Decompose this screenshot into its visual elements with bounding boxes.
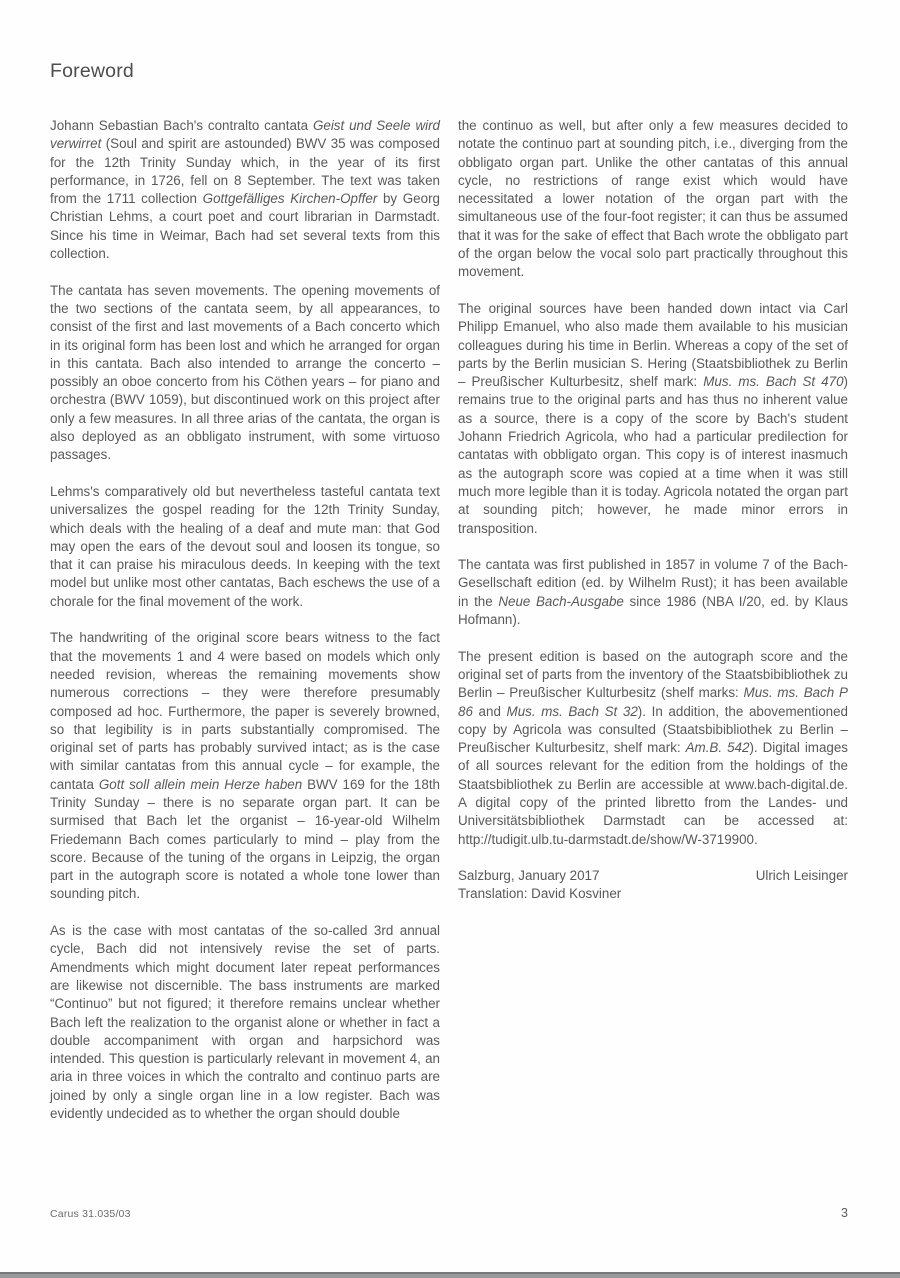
- text-run: The cantata has seven movements. The ope…: [50, 283, 440, 463]
- italic-text-run: Gottgefälliges Kirchen-Opffer: [203, 191, 378, 206]
- text-run: the continuo as well, but after only a f…: [458, 118, 848, 279]
- italic-text-run: Mus. ms. Bach St 470: [703, 374, 843, 389]
- paragraph: the continuo as well, but after only a f…: [458, 117, 848, 282]
- paragraph: Johann Sebastian Bach's contralto cantat…: [50, 117, 440, 263]
- paragraph: The present edition is based on the auto…: [458, 648, 848, 849]
- footer-catalog-number: Carus 31.035/03: [50, 1208, 131, 1220]
- signature-row: Salzburg, January 2017 Ulrich Leisinger: [458, 867, 848, 885]
- italic-text-run: Gott soll allein mein Herze haben: [99, 777, 302, 792]
- paragraph: The cantata was first published in 1857 …: [458, 556, 848, 629]
- text-run: The handwriting of the original score be…: [50, 630, 440, 791]
- text-run: As is the case with most cantatas of the…: [50, 923, 440, 1121]
- footer-page-number: 3: [841, 1206, 848, 1220]
- signature-translation: Translation: David Kosviner: [458, 885, 848, 903]
- text-run: ) remains true to the original parts and…: [458, 374, 848, 535]
- page-footer: Carus 31.035/03 3: [50, 1206, 848, 1220]
- signature-block: Salzburg, January 2017 Ulrich Leisinger …: [458, 867, 848, 904]
- text-run: BWV 169 for the 18th Trinity Sunday – th…: [50, 777, 440, 902]
- foreword-columns: Johann Sebastian Bach's contralto cantat…: [50, 117, 848, 1123]
- bottom-edge-bar: [0, 1272, 900, 1278]
- paragraph: The original sources have been handed do…: [458, 300, 848, 538]
- text-run: and: [473, 704, 507, 719]
- paragraph: The handwriting of the original score be…: [50, 629, 440, 903]
- paragraph: The cantata has seven movements. The ope…: [50, 282, 440, 465]
- italic-text-run: Neue Bach-Ausgabe: [498, 594, 624, 609]
- paragraph: As is the case with most cantatas of the…: [50, 922, 440, 1123]
- signature-place-date: Salzburg, January 2017: [458, 867, 599, 885]
- italic-text-run: Am.B. 542: [686, 740, 750, 755]
- signature-author: Ulrich Leisinger: [756, 867, 848, 885]
- text-run: ). Digital images of all sources relevan…: [458, 740, 848, 846]
- foreword-right-paragraphs: the continuo as well, but after only a f…: [458, 117, 848, 849]
- italic-text-run: Mus. ms. Bach St 32: [507, 704, 638, 719]
- page-title: Foreword: [50, 60, 134, 83]
- paragraph: Lehms's comparatively old but neverthele…: [50, 483, 440, 611]
- text-run: Lehms's comparatively old but neverthele…: [50, 484, 440, 609]
- text-run: Johann Sebastian Bach's contralto cantat…: [50, 118, 313, 133]
- foreword-right-column: the continuo as well, but after only a f…: [458, 117, 848, 1123]
- foreword-left-column: Johann Sebastian Bach's contralto cantat…: [50, 117, 440, 1123]
